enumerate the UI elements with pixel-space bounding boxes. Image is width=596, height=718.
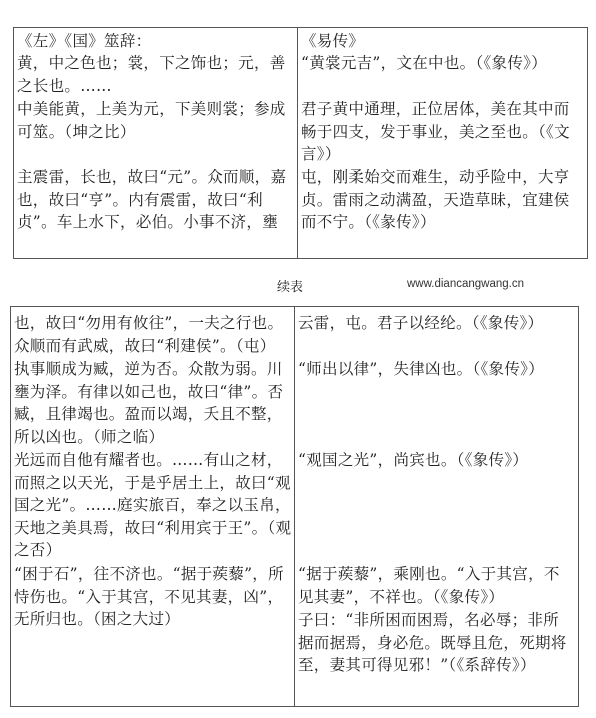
table-caption: 续表 xyxy=(277,276,303,295)
left-cell-kun-2: 中美能黄，上美为元，下美则裳；参成可筮。（坤之比） xyxy=(17,98,295,143)
watermark-url: www.diancangwang.cn xyxy=(407,278,524,290)
left-cell-zhun: 主震雷，长也，故曰“元”。众而顺，嘉也，故曰“亨”。内有震雷，故曰“利贞”。车上… xyxy=(17,166,295,234)
right-cell-zhun-xiang: 云雷，屯。君子以经纶。（《象传》） xyxy=(298,312,574,335)
right-cell-tuan: 屯，刚柔始交而难生，动乎险中，大亨贞。雷雨之动满盈，天造草昧，宜建侯而不宁。（《… xyxy=(301,166,583,234)
column-divider xyxy=(294,307,295,706)
column-divider xyxy=(297,28,298,258)
left-cell-guan: 光远而自他有耀者也。……有山之材，而照之以天光，于是乎居土上，故曰“观国之光”。… xyxy=(14,449,292,562)
right-cell-xiang-1: “黄裳元吉”，文在中也。（《象传》） xyxy=(301,52,583,75)
left-cell-kun-1: 黄，中之色也；裳，下之饰也；元，善之长也。…… xyxy=(17,52,295,97)
comparison-table-1: 《左》《国》筮辞： 黄，中之色也；裳，下之饰也；元，善之长也。…… 中美能黄，上… xyxy=(13,27,588,259)
right-cell-kun-xiang: “据于蒺藜”，乘刚也。“入于其宫，不见其妻”，不祥也。（《象传》） xyxy=(298,563,574,608)
right-header: 《易传》 xyxy=(301,30,583,53)
left-header: 《左》《国》筮辞： xyxy=(17,30,295,53)
left-cell-zhun-cont: 也，故曰“勿用有攸往”，一夫之行也。众顺而有武威，故曰“利建侯”。（屯） xyxy=(14,312,292,357)
right-cell-guan-xiang: “观国之光”，尚宾也。（《象传》） xyxy=(298,449,574,472)
right-cell-xici: 子曰：“非所困而困焉，名必辱；非所据而据焉，身必危。既辱且危，死期将至，妻其可得… xyxy=(298,609,574,677)
right-cell-wenyan: 君子黄中通理，正位居体，美在其中而畅于四支，发于事业，美之至也。（《文言》） xyxy=(301,98,583,166)
comparison-table-2: 也，故曰“勿用有攸往”，一夫之行也。众顺而有武威，故曰“利建侯”。（屯） 执事顺… xyxy=(10,306,579,707)
left-cell-kun: “困于石”，往不济也。“据于蒺藜”，所恃伤也。“入于其宫，不见其妻，凶”，无所归… xyxy=(14,563,292,631)
left-cell-shi: 执事顺成为臧，逆为否。众散为弱。川壅为泽。有律以如己也，故曰“律”。否臧，且律竭… xyxy=(14,358,292,448)
right-cell-shi-xiang: “师出以律”，失律凶也。（《象传》） xyxy=(298,358,574,381)
